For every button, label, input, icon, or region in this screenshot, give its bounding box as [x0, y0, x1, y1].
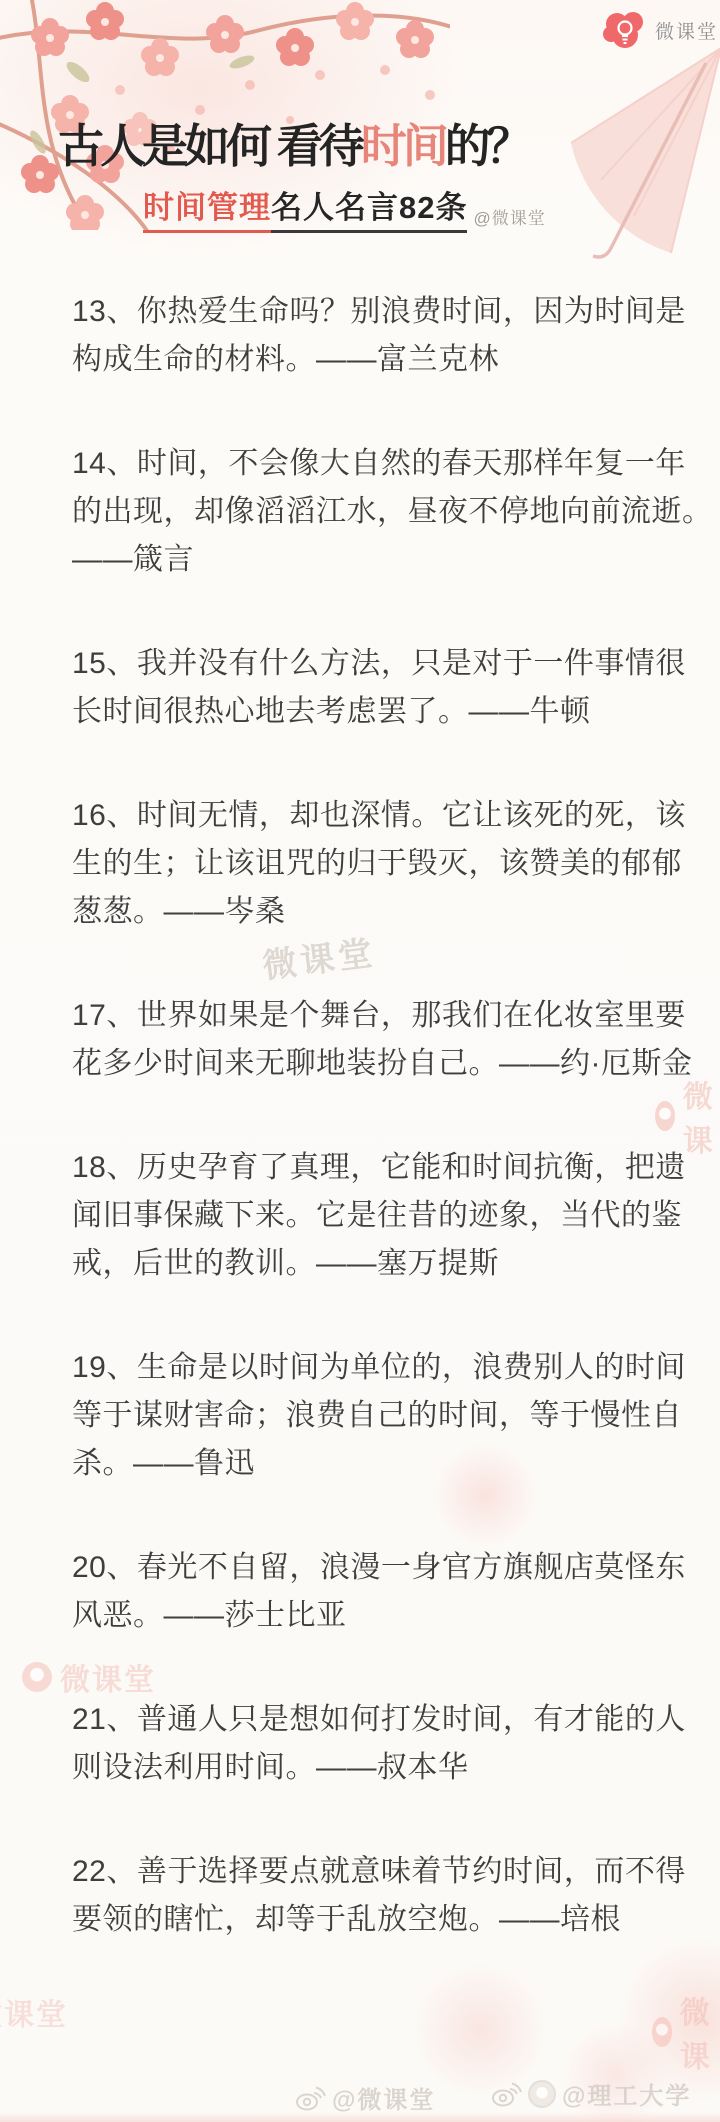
quote-item: 14、时间，不会像大自然的春天那样年复一年的出现，却像滔滔江水，昼夜不停地向前流…	[72, 440, 662, 584]
title-text: 古人是如何 看待	[58, 120, 361, 172]
weibo-icon	[296, 2084, 326, 2111]
lightbulb-blob-icon	[603, 10, 647, 50]
quote-line: 风恶。——莎士比亚	[72, 1592, 662, 1640]
quote-line: 19、生命是以时间为单位的，浪费别人的时间	[72, 1344, 662, 1392]
page-title: 古人是如何 看待时间的？	[58, 110, 529, 176]
quote-item: 17、世界如果是个舞台，那我们在化妆室里要花多少时间来无聊地装扮自己。——约·厄…	[72, 992, 662, 1088]
title-text: 的？	[445, 120, 529, 172]
quote-item: 21、普通人只是想如何打发时间，有才能的人则设法利用时间。——叔本华	[72, 1696, 662, 1792]
brand-dot-icon	[528, 2080, 556, 2108]
watermark-label: 微课堂	[0, 1990, 68, 2034]
quote-line: 生的生；让该诅咒的归于毁灭，该赞美的郁郁	[72, 840, 662, 888]
quote-line: 17、世界如果是个舞台，那我们在化妆室里要	[72, 992, 662, 1040]
quote-line: 要领的瞎忙，却等于乱放空炮。——培根	[72, 1896, 662, 1944]
quote-line: 13、你热爱生命吗？别浪费时间，因为时间是	[72, 288, 662, 336]
poster-page: 微课堂 微课 微课堂 微课堂 微课 微课堂 古人是如何 看待时间的？ 时间管理	[0, 0, 720, 2122]
footer-watermark-label: @理工大学	[562, 2076, 691, 2111]
paper-umbrella-decoration	[556, 28, 720, 308]
quote-line: 花多少时间来无聊地装扮自己。——约·厄斯金	[72, 1040, 662, 1088]
watermark-label: 微课	[683, 1072, 720, 1160]
quote-line: ——箴言	[72, 536, 662, 584]
quote-line: 等于谋财害命；浪费自己的时间，等于慢性自	[72, 1392, 662, 1440]
quote-line: 闻旧事保藏下来。它是往昔的迹象，当代的鉴	[72, 1192, 662, 1240]
footer-watermark-label: @微课堂	[332, 2080, 435, 2115]
weibo-icon	[492, 2080, 522, 2107]
page-subtitle: 时间管理 名人名言82条 @微课堂	[143, 182, 546, 233]
quote-line: 构成生命的材料。——富兰克林	[72, 336, 662, 384]
brand-dot-icon	[22, 1662, 52, 1692]
quote-line: 则设法利用时间。——叔本华	[72, 1744, 662, 1792]
quote-line: 戒，后世的教训。——塞万提斯	[72, 1240, 662, 1288]
quote-line: 15、我并没有什么方法，只是对于一件事情很	[72, 640, 662, 688]
title-highlight: 时间	[361, 120, 445, 172]
quote-item: 15、我并没有什么方法，只是对于一件事情很长时间很热心地去考虑罢了。——牛顿	[72, 640, 662, 736]
quote-item: 20、春光不自留，浪漫一身官方旗舰店莫怪东风恶。——莎士比亚	[72, 1544, 662, 1640]
quote-item: 22、善于选择要点就意味着节约时间，而不得要领的瞎忙，却等于乱放空炮。——培根	[72, 1848, 662, 1944]
footer-watermark-left: @微课堂	[296, 2080, 435, 2115]
footer-watermark-right: @理工大学	[492, 2076, 691, 2111]
quote-item: 18、历史孕育了真理，它能和时间抗衡，把遗闻旧事保藏下来。它是往昔的迹象，当代的…	[72, 1144, 662, 1288]
quote-line: 16、时间无情，却也深情。它让该死的死，该	[72, 792, 662, 840]
subtitle-highlight: 时间管理	[143, 182, 271, 233]
quote-line: 长时间很热心地去考虑罢了。——牛顿	[72, 688, 662, 736]
watermark: 微课	[655, 1072, 720, 1160]
quote-item: 16、时间无情，却也深情。它让该死的死，该生的生；让该诅咒的归于毁灭，该赞美的郁…	[72, 792, 662, 936]
quote-item: 13、你热爱生命吗？别浪费时间，因为时间是构成生命的材料。——富兰克林	[72, 288, 662, 384]
quote-line: 21、普通人只是想如何打发时间，有才能的人	[72, 1696, 662, 1744]
quote-line: 20、春光不自留，浪漫一身官方旗舰店莫怪东	[72, 1544, 662, 1592]
brand-name: 微课堂	[655, 17, 718, 44]
watermark: 微课堂	[0, 1990, 68, 2034]
subtitle-text: 名人名言82条	[271, 182, 467, 233]
quote-line: 的出现，却像滔滔江水，昼夜不停地向前流逝。	[72, 488, 662, 536]
quote-line: 22、善于选择要点就意味着节约时间，而不得	[72, 1848, 662, 1896]
quote-item: 19、生命是以时间为单位的，浪费别人的时间等于谋财害命；浪费自己的时间，等于慢性…	[72, 1344, 662, 1488]
quote-line: 杀。——鲁迅	[72, 1440, 662, 1488]
brand-logo: 微课堂	[603, 10, 718, 50]
quote-line: 葱葱。——岑桑	[72, 888, 662, 936]
subtitle-credit: @微课堂	[473, 204, 545, 233]
quote-line: 18、历史孕育了真理，它能和时间抗衡，把遗	[72, 1144, 662, 1192]
quotes-list: 13、你热爱生命吗？别浪费时间，因为时间是构成生命的材料。——富兰克林14、时间…	[72, 288, 662, 2000]
quote-line: 14、时间，不会像大自然的春天那样年复一年	[72, 440, 662, 488]
